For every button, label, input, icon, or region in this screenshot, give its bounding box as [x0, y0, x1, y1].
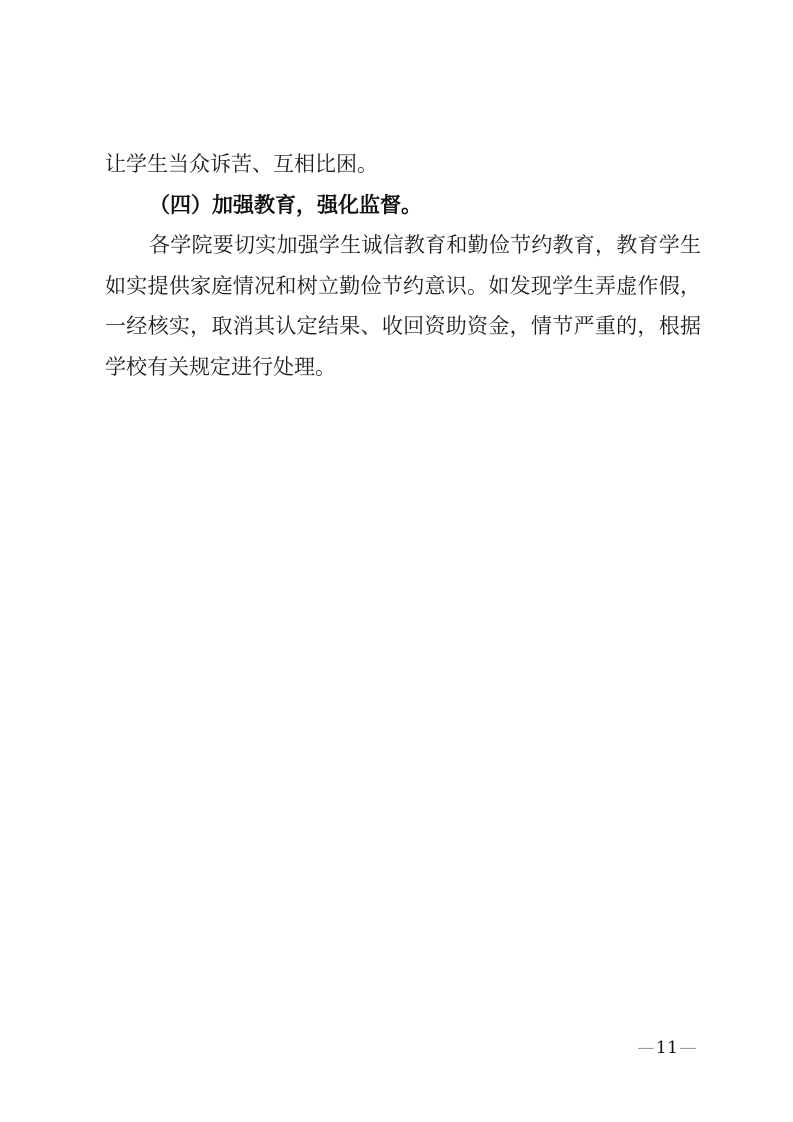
paragraph-line: 各学院要切实加强学生诚信教育和勤俭节约教育，教育学生 — [105, 225, 701, 266]
page-number: —11— — [637, 1036, 697, 1060]
document-page: 让学生当众诉苦、互相比困。 （四）加强教育，强化监督。 各学院要切实加强学生诚信… — [0, 0, 793, 1122]
page-number-dash-left: — — [637, 1038, 655, 1058]
section-heading: （四）加强教育，强化监督。 — [105, 185, 701, 226]
document-body: 让学生当众诉苦、互相比困。 （四）加强教育，强化监督。 各学院要切实加强学生诚信… — [105, 144, 701, 388]
paragraph-line-continuation: 让学生当众诉苦、互相比困。 — [105, 144, 701, 185]
paragraph-line-last: 学校有关规定进行处理。 — [105, 347, 701, 388]
paragraph-line: 一经核实，取消其认定结果、收回资助资金，情节严重的，根据 — [105, 306, 701, 347]
page-number-value: 11 — [655, 1038, 680, 1058]
page-number-dash-right: — — [680, 1038, 698, 1058]
paragraph-line: 如实提供家庭情况和树立勤俭节约意识。如发现学生弄虚作假， — [105, 266, 701, 307]
